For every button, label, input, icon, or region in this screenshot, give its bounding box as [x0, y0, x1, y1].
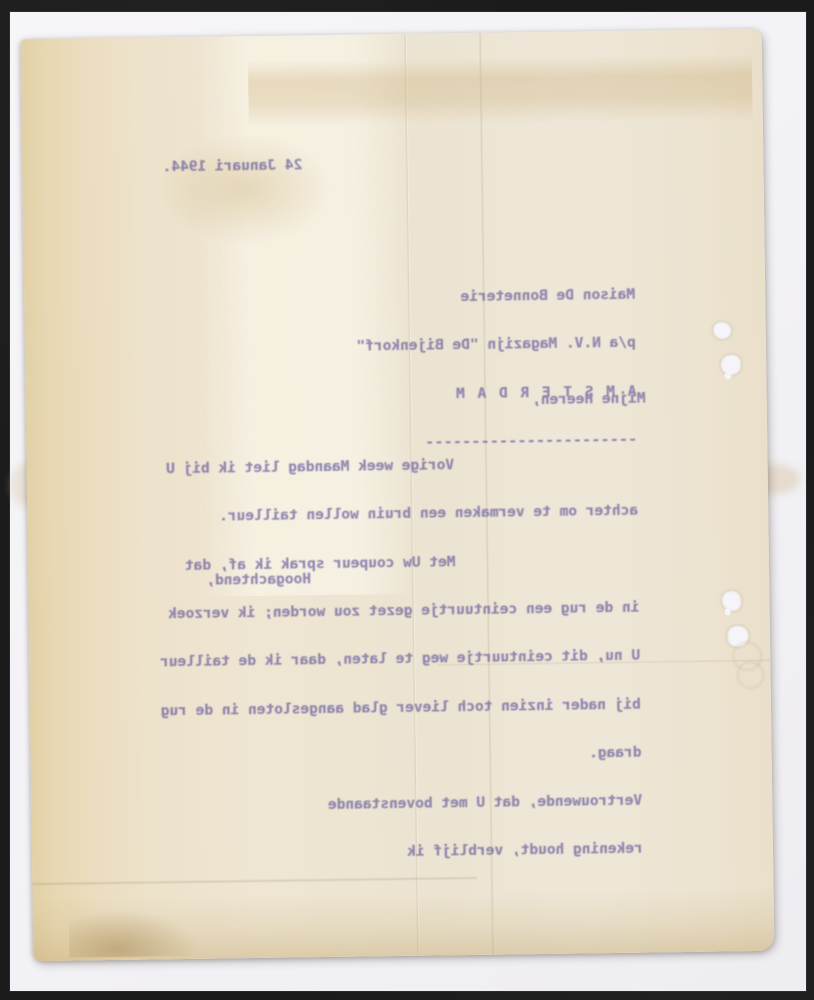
body-line: Vertrouwende, dat U met bovenstaande — [162, 793, 642, 816]
punch-hole — [713, 321, 732, 339]
body-line: Vorige week Maandag liet ik bij U — [157, 455, 637, 478]
recipient-line2: p/a N.V. Magazijn "De Bijenkorf" — [356, 335, 636, 355]
letter-body: Vorige week Maandag liet ik bij U achter… — [157, 423, 644, 896]
punch-hole-tear — [725, 608, 731, 615]
body-line: U nu, dit ceintuurtje weg te laten, daar… — [160, 648, 640, 671]
scanned-letter-back: 24 Januari 1944. Maison De Bonneterie p/… — [0, 0, 814, 1000]
body-line: rekening houdt, verblijf ik — [163, 841, 643, 864]
body-line: bij nader inzien toch liever glad aanges… — [161, 696, 641, 719]
punch-hole — [721, 590, 741, 611]
punch-hole-tear — [724, 372, 731, 379]
paper-sheet: 24 Januari 1944. Maison De Bonneterie p/… — [21, 29, 775, 961]
recipient-line1: Maison De Bonneterie — [356, 287, 636, 307]
salutation-line: Mijne Heeren, — [532, 391, 646, 409]
mirrored-text-layer: 24 Januari 1944. Maison De Bonneterie p/… — [21, 29, 775, 961]
body-line: in de rug een ceintuurtje gezet zou word… — [159, 600, 639, 623]
closing-line: Hoogachtend, — [206, 571, 311, 589]
body-line: draag. — [161, 744, 641, 767]
photo-mat: 24 Januari 1944. Maison De Bonneterie p/… — [10, 12, 806, 991]
body-line: Met Uw coupeur sprak ik af, dat — [159, 551, 639, 574]
punch-hole — [720, 354, 741, 375]
date-line: 24 Januari 1944. — [163, 157, 303, 175]
body-line: achter om te vermaken een bruin wollen t… — [158, 503, 638, 526]
